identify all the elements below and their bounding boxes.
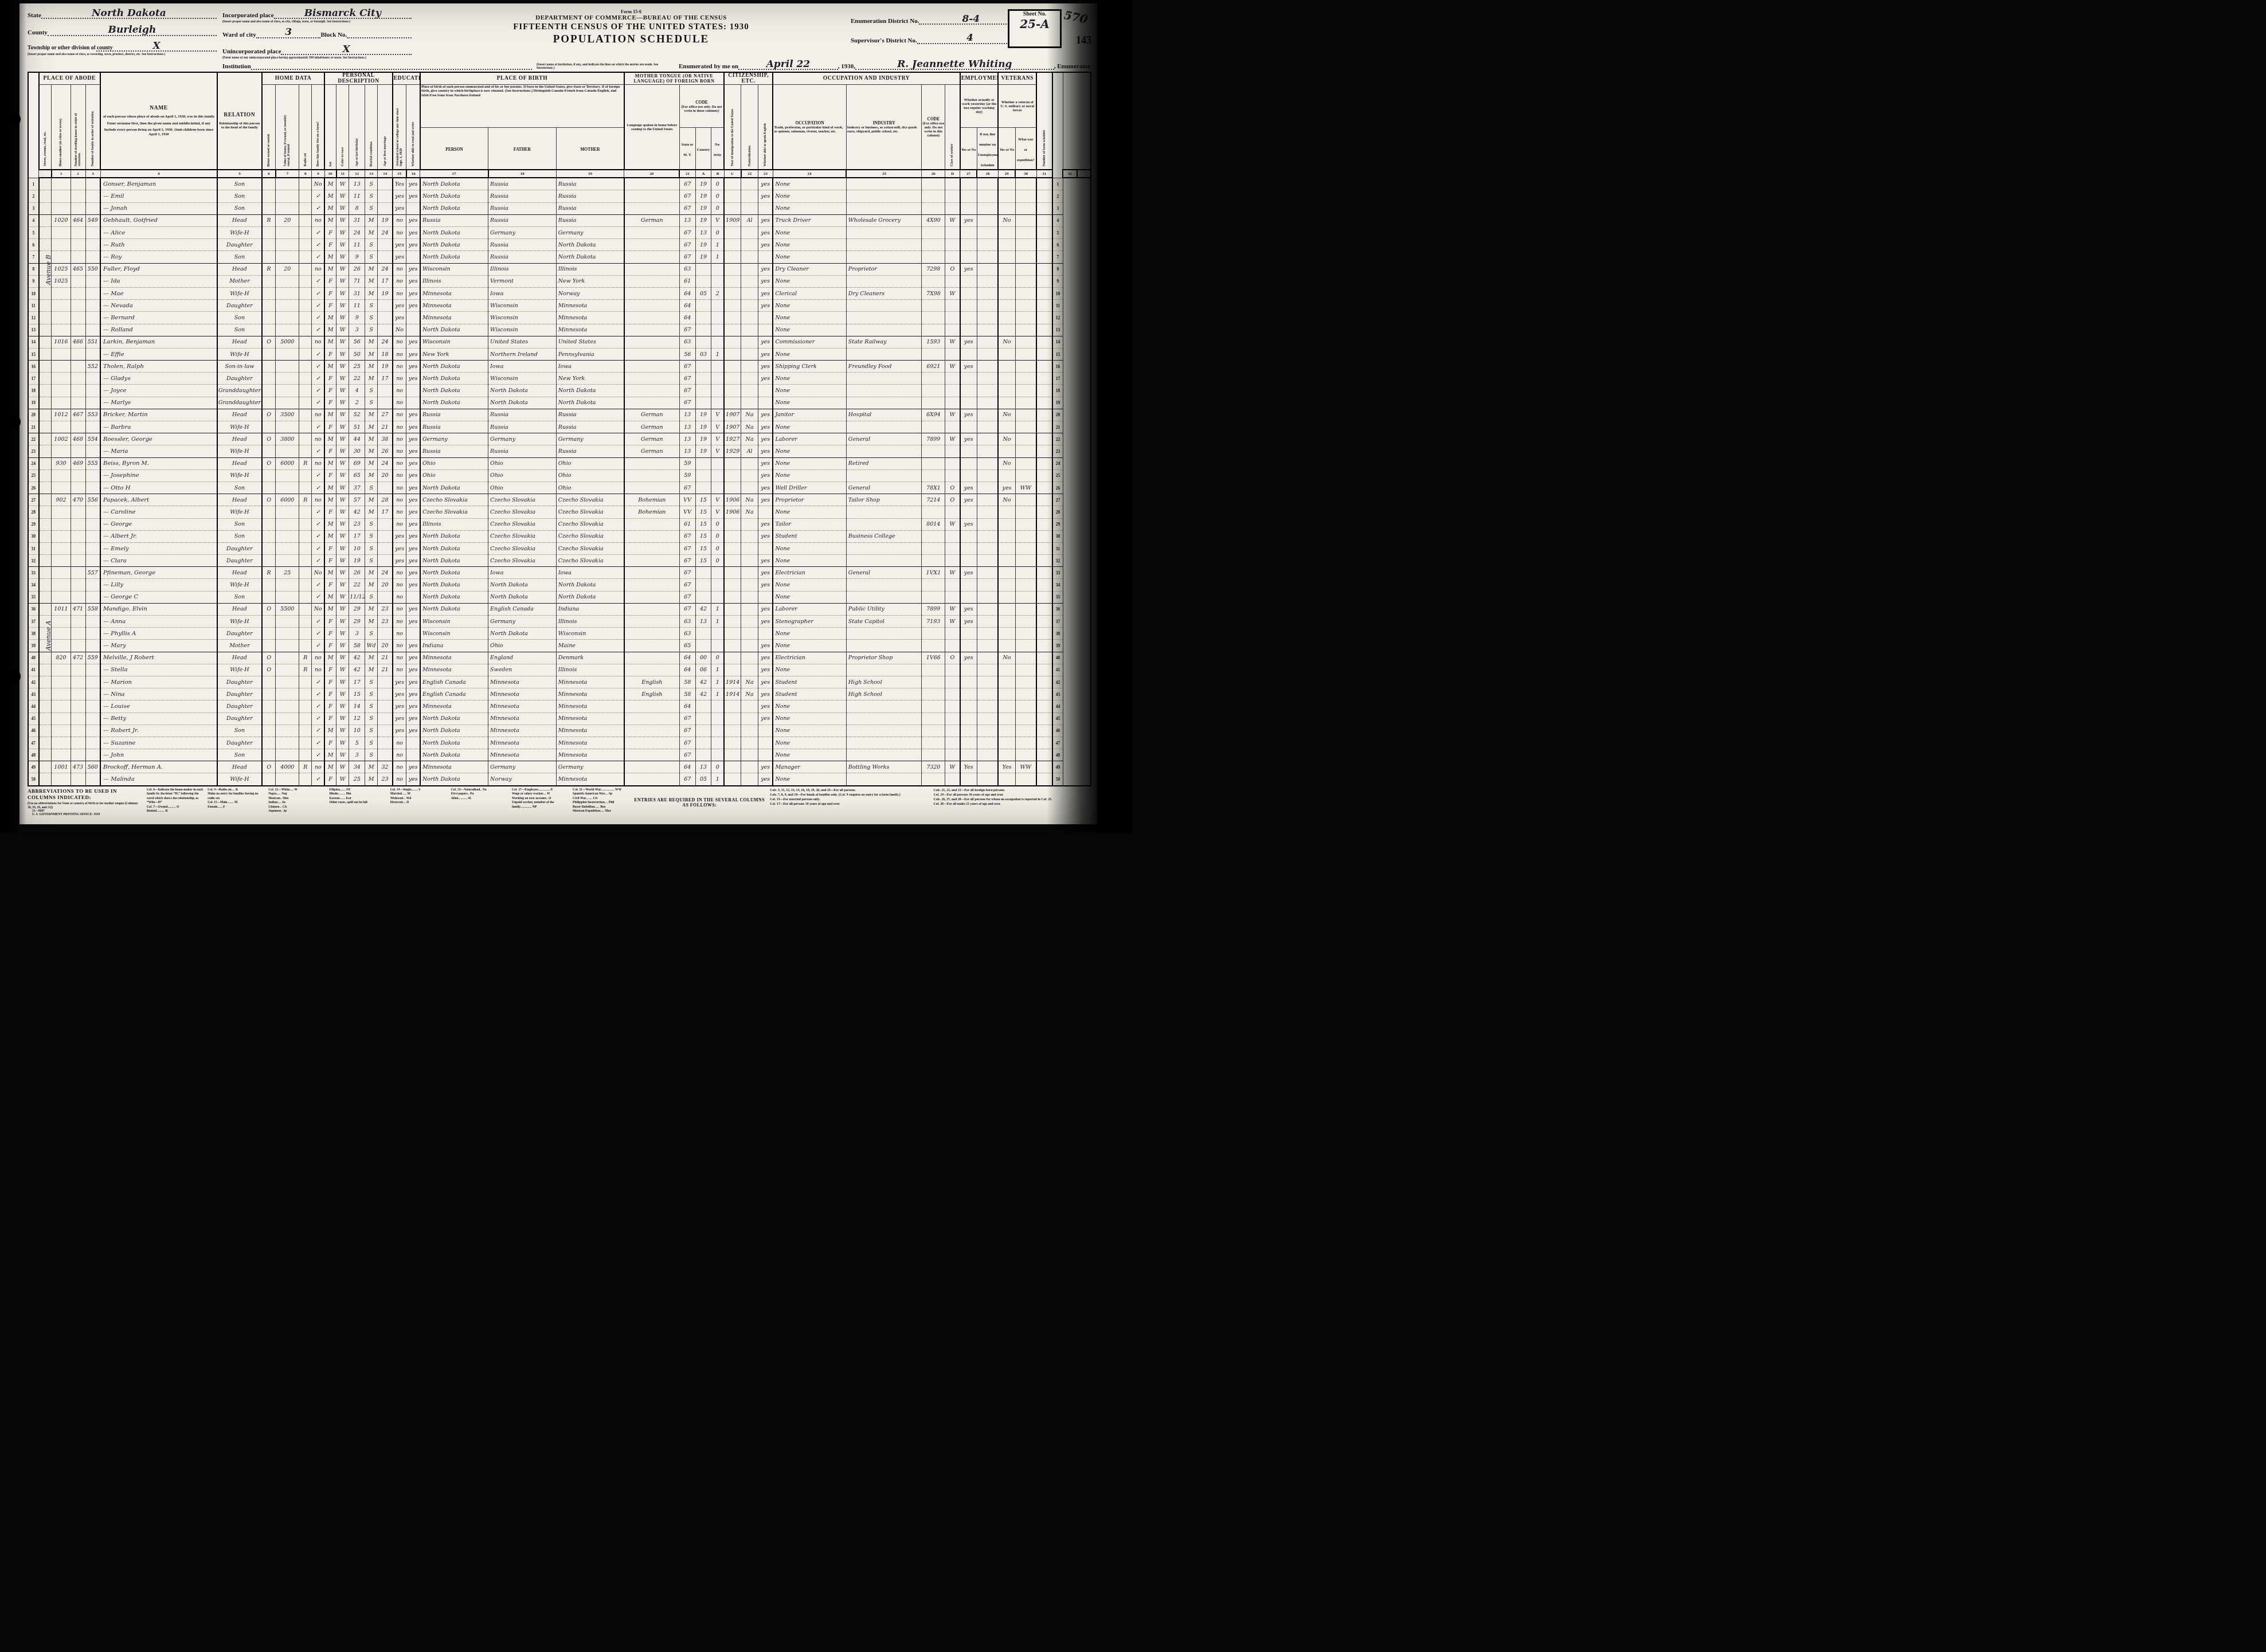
cell: R [299, 494, 312, 506]
handwritten-scribble: 570 [1063, 8, 1089, 26]
cell [758, 312, 773, 324]
cell [1015, 567, 1036, 579]
code2-title: CODE [922, 116, 944, 122]
name-cell: Brockoff, Herman A. [100, 761, 217, 773]
abbrev-line: Rented.......... R [147, 809, 203, 814]
cell: Wife-H [217, 616, 262, 628]
cell [276, 688, 299, 700]
cell [1015, 275, 1036, 287]
cell: no [393, 567, 406, 579]
line-number: 10 [28, 287, 39, 299]
cell [1015, 263, 1036, 275]
vet-war-header: What war or expedition? [1015, 128, 1036, 170]
cell: No [998, 494, 1015, 506]
cell [262, 616, 276, 628]
cell: S [365, 676, 378, 688]
occupation-desc: Trade, profession, or particular kind of… [774, 126, 845, 134]
cell: yes [406, 300, 420, 312]
line-number: 28 [1052, 506, 1063, 518]
cell [85, 251, 100, 263]
cell: North Dakota [420, 324, 488, 336]
cell: 6000 [276, 457, 299, 469]
cell: General [846, 481, 922, 494]
cell: 31 [349, 287, 365, 299]
cell: yes [960, 616, 977, 628]
cell: yes [393, 555, 406, 567]
cell: High School [846, 688, 922, 700]
cell: 64 [679, 287, 695, 299]
line-number: 4 [28, 214, 39, 226]
cell [1036, 591, 1052, 603]
cell [1036, 530, 1052, 542]
cell: 555 [85, 457, 100, 469]
cell [846, 628, 922, 640]
cell [262, 579, 276, 591]
cell [977, 676, 998, 688]
birth-desc-cell: Place of birth of each person enumerated… [420, 85, 624, 128]
cell: 64 [679, 761, 695, 773]
cell: Tailor [773, 518, 846, 530]
line-number: 40 [1052, 652, 1063, 664]
cell: North Dakota [420, 530, 488, 542]
cell: Electrician [773, 652, 846, 664]
cell: no [393, 421, 406, 433]
cell: Daughter [217, 737, 262, 749]
cell [276, 591, 299, 603]
cell [695, 737, 711, 749]
line-number: 18 [28, 385, 39, 397]
cell [52, 542, 71, 554]
cell: no [393, 373, 406, 385]
abbrev-line: Col. 9—Radio set.... R [208, 788, 264, 793]
cell: North Dakota [488, 628, 557, 640]
cell [1015, 300, 1036, 312]
employment-desc: Whether actually at work yesterday (or t… [961, 98, 997, 115]
cell [71, 275, 85, 287]
cell [922, 457, 945, 469]
cell [71, 239, 85, 251]
street-name-vertical: Avenue B [45, 255, 52, 285]
cell: Indiana [556, 603, 624, 615]
cell [52, 300, 71, 312]
cell: ✓ [312, 628, 324, 640]
cell [624, 251, 679, 263]
cell [624, 227, 679, 239]
cell: M [365, 214, 378, 226]
cell: yes [393, 713, 406, 725]
incorporated-value: Bismarck City [274, 9, 412, 19]
cell: 4000 [276, 761, 299, 773]
cell [378, 542, 393, 554]
cell: 32 [378, 761, 393, 773]
cell: yes [758, 227, 773, 239]
line-number: 8 [28, 263, 39, 275]
cell: W [336, 542, 349, 554]
cell: Ohio [488, 481, 557, 494]
cell [85, 664, 100, 676]
cell [52, 251, 71, 263]
cell [276, 713, 299, 725]
cell: no [393, 591, 406, 603]
column-number: 21 [679, 170, 695, 178]
cell [846, 202, 922, 214]
cell: Wisconsin [420, 263, 488, 275]
cell [378, 555, 393, 567]
abbrev-column: Col. 27—Employer............... EWage or… [512, 788, 568, 817]
cell [262, 190, 276, 202]
cell: 1927 [724, 433, 741, 445]
cell: ✓ [312, 361, 324, 373]
cell [52, 773, 71, 786]
cell: 69 [349, 457, 365, 469]
cell: United States [556, 336, 624, 348]
cell: 470 [71, 494, 85, 506]
cell [846, 275, 922, 287]
cell: Ohio [488, 457, 557, 469]
name-cell: — John [100, 749, 217, 761]
column-number: 15 [393, 170, 406, 178]
cell [262, 202, 276, 214]
cell: Czecho Slovakia [488, 494, 557, 506]
cell [711, 628, 724, 640]
cell: Na [741, 433, 758, 445]
cell: W [336, 178, 349, 190]
cell: None [773, 628, 846, 640]
cell [1036, 494, 1052, 506]
column-number: 10 [324, 170, 336, 178]
cell [262, 361, 276, 373]
cell: 0 [711, 202, 724, 214]
cell [624, 481, 679, 494]
cell [998, 287, 1015, 299]
cell [262, 749, 276, 761]
cell [998, 676, 1015, 688]
column-number: 1 [52, 170, 71, 178]
cell: S [365, 591, 378, 603]
cell: ✓ [312, 518, 324, 530]
cell: 67 [679, 773, 695, 786]
cell: 42 [349, 652, 365, 664]
cell: yes [960, 494, 977, 506]
cell [741, 542, 758, 554]
cell [85, 542, 100, 554]
cell: yes [406, 275, 420, 287]
cell [695, 385, 711, 397]
cell [262, 251, 276, 263]
cell [960, 676, 977, 688]
cell: yes [393, 725, 406, 737]
cell [378, 628, 393, 640]
cell: Czecho Slovakia [420, 506, 488, 518]
cell: S [365, 542, 378, 554]
cell: W [336, 348, 349, 360]
cell: None [773, 555, 846, 567]
cell: Czecho Slovakia [556, 494, 624, 506]
name-cell: — Gladys [100, 373, 217, 385]
cell [406, 202, 420, 214]
line-number: 15 [1052, 348, 1063, 360]
cell: yes [406, 603, 420, 615]
line-number: 9 [1052, 275, 1063, 287]
cell [724, 373, 741, 385]
cell: S [365, 737, 378, 749]
cell [378, 749, 393, 761]
cell [960, 628, 977, 640]
cell [758, 385, 773, 397]
veterans-desc-cell: Whether a veteran of U. S. military or n… [998, 85, 1036, 128]
cell: None [773, 773, 846, 786]
cell [71, 688, 85, 700]
cell: Na [741, 409, 758, 421]
cell [85, 713, 100, 725]
cell [977, 494, 998, 506]
cell [71, 251, 85, 263]
cell: No [312, 603, 324, 615]
column-number: 23 [758, 170, 773, 178]
line-number: 1 [28, 178, 39, 190]
cell [741, 664, 758, 676]
cell [1036, 603, 1052, 615]
cell: 13 [679, 409, 695, 421]
cell: Wisconsin [556, 628, 624, 640]
cell: Son [217, 530, 262, 542]
header-title-block: Form 15-6 DEPARTMENT OF COMMERCE—BUREAU … [417, 9, 845, 46]
line-number: 7 [28, 251, 39, 263]
cell: 64 [679, 312, 695, 324]
cell: 23 [349, 518, 365, 530]
cell [624, 616, 679, 628]
cell: yes [406, 421, 420, 433]
cell: 468 [71, 433, 85, 445]
cell [624, 312, 679, 324]
abbrev-line: Col. 7—Owned.......... O [147, 805, 203, 810]
cell [262, 275, 276, 287]
col7-header: Home owned or rented [262, 85, 276, 170]
cell: M [324, 652, 336, 664]
cell [39, 227, 52, 239]
cell [977, 555, 998, 567]
cell [276, 239, 299, 251]
cell: yes [960, 652, 977, 664]
cell [39, 214, 52, 226]
cell [977, 518, 998, 530]
cell [1036, 433, 1052, 445]
line-number: 17 [1052, 373, 1063, 385]
cell: Germany [488, 616, 557, 628]
column-number: 31 [1036, 170, 1052, 178]
name-cell: — Rolland [100, 324, 217, 336]
cell [39, 287, 52, 299]
cell [998, 469, 1015, 481]
line-number: 24 [1052, 457, 1063, 469]
cell [299, 579, 312, 591]
line-number: 49 [28, 761, 39, 773]
line-number: 43 [1052, 688, 1063, 700]
cell [741, 725, 758, 737]
cell: 56 [349, 336, 365, 348]
cell [758, 725, 773, 737]
cell: Czecho Slovakia [488, 542, 557, 554]
cell: Minnesota [556, 676, 624, 688]
cell: Head [217, 567, 262, 579]
cell: M [365, 227, 378, 239]
cell [960, 348, 977, 360]
cell: Daughter [217, 676, 262, 688]
line-number: 13 [28, 324, 39, 336]
punch-hole-icon [7, 112, 21, 126]
cell [977, 713, 998, 725]
cell: 19 [695, 178, 711, 190]
cell [71, 737, 85, 749]
line-number: 11 [28, 300, 39, 312]
cell [724, 227, 741, 239]
cell: 14 [349, 700, 365, 713]
cell [85, 616, 100, 628]
cell: M [365, 409, 378, 421]
name-cell: — Joyce [100, 385, 217, 397]
cell: W [336, 445, 349, 457]
cell [52, 178, 71, 190]
cell: Minnesota [488, 713, 557, 725]
cell [276, 324, 299, 336]
cell: yes [393, 239, 406, 251]
ward-value: 3 [256, 28, 321, 38]
cell: V [711, 214, 724, 226]
cell: 29 [349, 616, 365, 628]
cell: None [773, 445, 846, 457]
cell [1036, 287, 1052, 299]
cell [1036, 688, 1052, 700]
cell: W [336, 591, 349, 603]
cell [1015, 373, 1036, 385]
cell [741, 457, 758, 469]
line-number: 42 [1052, 676, 1063, 688]
abbrev-line: Divorced.... D [390, 801, 447, 805]
cell [71, 725, 85, 737]
cell [262, 373, 276, 385]
column-number: 14 [378, 170, 393, 178]
cell: yes [393, 676, 406, 688]
cell [846, 713, 922, 725]
cell [711, 385, 724, 397]
cell [276, 300, 299, 312]
cell [977, 190, 998, 202]
cell [406, 324, 420, 336]
line-number: 27 [28, 494, 39, 506]
cell [922, 773, 945, 786]
cell [1036, 421, 1052, 433]
cell: 1 [711, 603, 724, 615]
cell: Ohio [420, 469, 488, 481]
cell [85, 530, 100, 542]
line-number: 44 [28, 700, 39, 713]
abbrev-line: Spanish-American War.... Sp [573, 792, 629, 797]
cell: yes [758, 676, 773, 688]
code-header: CODE (For office use only. Do not write … [679, 85, 724, 128]
cell: Russia [556, 445, 624, 457]
cell [1015, 409, 1036, 421]
cell: 42 [349, 664, 365, 676]
cell: ✓ [312, 373, 324, 385]
cell: no [393, 737, 406, 749]
cell [1036, 640, 1052, 652]
cell [85, 700, 100, 713]
col17-label: Whether able to read and write [412, 122, 415, 167]
abbrev-line: Philippine Insurrection.... Phil [573, 801, 629, 805]
cell: 0 [711, 761, 724, 773]
cell [85, 421, 100, 433]
cell: 25 [276, 567, 299, 579]
cell: ✓ [312, 251, 324, 263]
cell: North Dakota [420, 239, 488, 251]
cell [724, 287, 741, 299]
cell: 15 [349, 688, 365, 700]
cell: Czecho Slovakia [556, 530, 624, 542]
cell: 26 [378, 445, 393, 457]
cell: 820 [52, 652, 71, 664]
cell [71, 506, 85, 518]
cell: ✓ [312, 481, 324, 494]
cell [52, 518, 71, 530]
cell: W [336, 324, 349, 336]
cell: M [324, 263, 336, 275]
cell: North Dakota [420, 725, 488, 737]
cell: North Dakota [420, 178, 488, 190]
cell [624, 518, 679, 530]
cell [85, 239, 100, 251]
cell: United States [488, 336, 557, 348]
cell [406, 385, 420, 397]
cell: yes [406, 469, 420, 481]
cell: W [336, 737, 349, 749]
cell [724, 773, 741, 786]
cell [977, 263, 998, 275]
cell: F [324, 676, 336, 688]
group-relation: RELATION Relationship of this person to … [217, 72, 262, 170]
cell: Pennsylvania [556, 348, 624, 360]
cell: M [365, 603, 378, 615]
cell [846, 506, 922, 518]
cell [299, 275, 312, 287]
farm-sched-label: Number of farm schedule [1043, 130, 1046, 166]
cell [711, 640, 724, 652]
cell: yes [758, 567, 773, 579]
cell: Ohio [556, 481, 624, 494]
cell: W [336, 373, 349, 385]
cell [945, 421, 960, 433]
cell [741, 336, 758, 348]
line-col-header [28, 72, 39, 178]
birth-desc: Place of birth of each person enumerated… [421, 85, 623, 97]
cell [378, 397, 393, 409]
cell [85, 178, 100, 190]
required-line: Col. 24—For all persons 10 years of age … [934, 793, 1091, 797]
cell [71, 324, 85, 336]
cell [846, 421, 922, 433]
cell: no [393, 214, 406, 226]
cell: Yes [393, 178, 406, 190]
cell: 1 [711, 688, 724, 700]
cell [71, 542, 85, 554]
cell: no [393, 457, 406, 469]
cell: 0 [711, 518, 724, 530]
cell [758, 591, 773, 603]
cell [977, 616, 998, 628]
codeC-header: Na-tivity [711, 128, 724, 170]
cell: M [324, 567, 336, 579]
cell [758, 251, 773, 263]
cell: None [773, 190, 846, 202]
